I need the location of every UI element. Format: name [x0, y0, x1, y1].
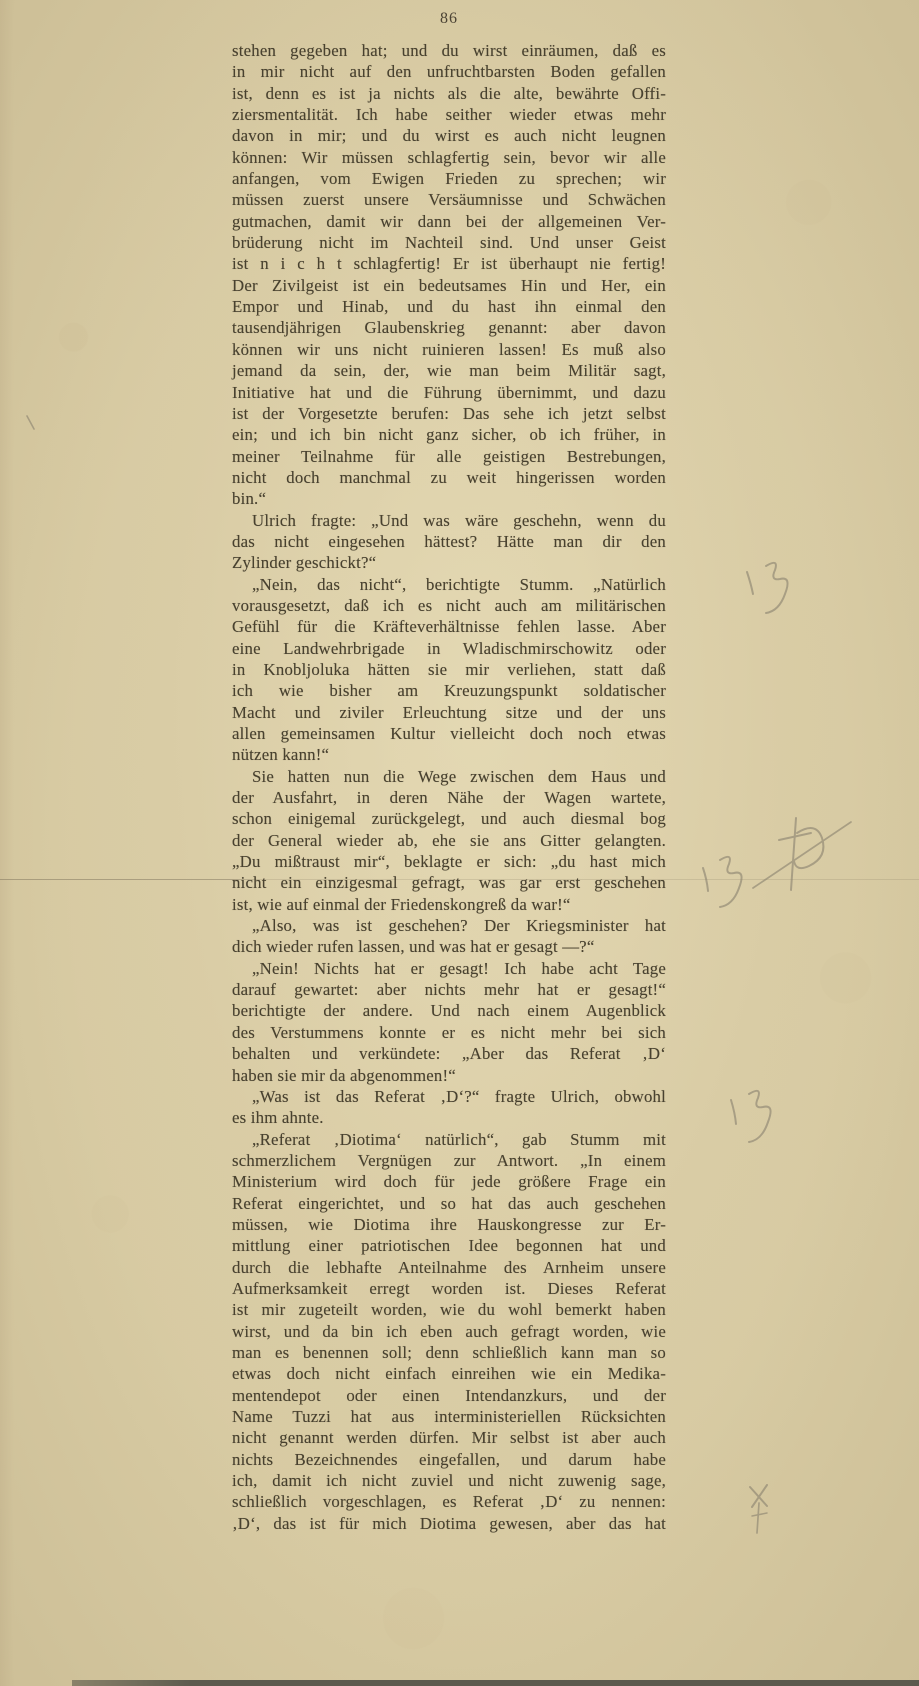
text-line: Macht und ziviler Erleuchtung sitze und … — [232, 702, 666, 723]
text-line: Name Tuzzi hat aus interministeriellen R… — [232, 1406, 666, 1427]
page-number: 86 — [232, 10, 666, 28]
text-line: „Nein, das nicht“, berichtigte Stumm. „N… — [232, 574, 666, 595]
text-line: in mir nicht auf den unfruchtbarsten Bod… — [232, 61, 666, 82]
text-line: gutmachen, damit wir dann bei der allgem… — [232, 211, 666, 232]
text-line: „Also, was ist geschehen? Der Kriegsmini… — [232, 915, 666, 936]
text-line: Empor und Hinab, und du hast ihn einmal … — [232, 296, 666, 317]
text-line: können wir uns nicht ruinieren lassen! E… — [232, 339, 666, 360]
text-line: ich, damit ich nicht zuviel und nicht zu… — [232, 1470, 666, 1491]
text-block: stehen gegeben hat; und du wirst einräum… — [232, 40, 666, 1534]
text-line: „Du mißtraust mir“, beklagte er sich: „d… — [232, 851, 666, 872]
text-line: können: Wir müssen schlagfertig sein, be… — [232, 147, 666, 168]
text-line: etwas doch nicht einfach einreihen wie e… — [232, 1363, 666, 1384]
text-line: mittlung einer patriotischen Idee begonn… — [232, 1235, 666, 1256]
text-line: nicht ein einzigesmal gefragt, was gar e… — [232, 872, 666, 893]
text-line: nicht doch manchmal zu weit hingerissen … — [232, 467, 666, 488]
text-line: es ihm ahnte. — [232, 1107, 666, 1128]
text-line: Der Zivilgeist ist ein bedeutsames Hin u… — [232, 275, 666, 296]
text-line: wirst, und da bin ich eben auch gefragt … — [232, 1321, 666, 1342]
text-line: „Referat ‚Diotima‘ natürlich“, gab Stumm… — [232, 1129, 666, 1150]
text-line: nützen kann!“ — [232, 744, 666, 765]
text-line: tausendjährigen Glaubenskrieg genannt: a… — [232, 317, 666, 338]
text-line: anfangen, vom Ewigen Frieden zu sprechen… — [232, 168, 666, 189]
photo-bottom-edge — [72, 1680, 919, 1686]
text-line: Sie hatten nun die Wege zwischen dem Hau… — [232, 766, 666, 787]
text-line: schon einigemal zurückgelegt, und auch d… — [232, 808, 666, 829]
text-line: in Knobljoluka hätten sie mir verliehen,… — [232, 659, 666, 680]
page-edge-shadow — [0, 0, 14, 1686]
text-line: der General wieder ab, ehe sie ans Gitte… — [232, 830, 666, 851]
text-line: ist n i c h t schlagfertig! Er ist überh… — [232, 253, 666, 274]
text-line: mentendepot oder einen Intendanzkurs, un… — [232, 1385, 666, 1406]
text-line: ‚D‘, das ist für mich Diotima gewesen, a… — [232, 1513, 666, 1534]
text-line: davon in mir; und du wirst es auch nicht… — [232, 125, 666, 146]
text-line: müssen, wie Diotima ihre Hauskongresse z… — [232, 1214, 666, 1235]
text-line: „Was ist das Referat ‚D‘?“ fragte Ulrich… — [232, 1086, 666, 1107]
text-line: der Ausfahrt, in deren Nähe der Wagen wa… — [232, 787, 666, 808]
text-line: dich wieder rufen lassen, und was hat er… — [232, 936, 666, 957]
text-line: Ministerium wird doch für jede größere F… — [232, 1171, 666, 1192]
text-line: stehen gegeben hat; und du wirst einräum… — [232, 40, 666, 61]
text-line: darauf gewartet: aber nichts mehr hat er… — [232, 979, 666, 1000]
text-line: ist, wie auf einmal der Friedenskongreß … — [232, 894, 666, 915]
text-line: „Nein! Nichts hat er gesagt! Ich habe ac… — [232, 958, 666, 979]
text-line: jemand da sein, der, wie man beim Militä… — [232, 360, 666, 381]
text-line: ist der Vorgesetzte berufen: Das sehe ic… — [232, 403, 666, 424]
text-line: schmerzlichem Vergnügen zur Antwort. „In… — [232, 1150, 666, 1171]
text-line: des Verstummens konnte er es nicht mehr … — [232, 1022, 666, 1043]
text-line: Ulrich fragte: „Und was wäre geschehn, w… — [232, 510, 666, 531]
text-line: man es benennen soll; denn schließlich k… — [232, 1342, 666, 1363]
text-line: müssen zuerst unsere Versäumnisse und Sc… — [232, 189, 666, 210]
text-line: vorausgesetzt, daß ich es nicht auch am … — [232, 595, 666, 616]
text-line: meiner Teilnahme für alle geistigen Best… — [232, 446, 666, 467]
text-line: Referat eingerichtet, und so hat das auc… — [232, 1193, 666, 1214]
text-line: ist, denn es ist ja nichts als die alte,… — [232, 83, 666, 104]
text-line: Initiative hat und die Führung übernimmt… — [232, 382, 666, 403]
text-line: Aufmerksamkeit erregt worden ist. Dieses… — [232, 1278, 666, 1299]
text-line: das nicht eingesehen hättest? Hätte man … — [232, 531, 666, 552]
text-line: allen gemeinsamen Kultur vielleicht doch… — [232, 723, 666, 744]
text-line: ziersmentalität. Ich habe seither wieder… — [232, 104, 666, 125]
text-line: nichts Bezeichnendes eingefallen, und da… — [232, 1449, 666, 1470]
text-line: haben sie mir da abgenommen!“ — [232, 1065, 666, 1086]
text-line: nicht genannt werden dürfen. Mir selbst … — [232, 1427, 666, 1448]
text-line: Zylinder geschickt?“ — [232, 552, 666, 573]
text-line: schließlich vorgeschlagen, es Referat ‚D… — [232, 1491, 666, 1512]
text-line: behalten und verkündete: „Aber das Refer… — [232, 1043, 666, 1064]
text-line: Gefühl für die Kräfteverhältnisse fehlen… — [232, 616, 666, 637]
text-line: ein; und ich bin nicht ganz sicher, ob i… — [232, 424, 666, 445]
text-line: bin.“ — [232, 488, 666, 509]
text-line: brüderung nicht im Nachteil sind. Und un… — [232, 232, 666, 253]
text-line: durch die lebhafte Anteilnahme des Arnhe… — [232, 1257, 666, 1278]
text-line: eine Landwehrbrigade in Wladischmirschow… — [232, 638, 666, 659]
text-line: berichtigte der andere. Und nach einem A… — [232, 1000, 666, 1021]
text-line: ich wie bisher am Kreuzungspunkt soldati… — [232, 680, 666, 701]
text-line: ist mir zugeteilt worden, wie du wohl be… — [232, 1299, 666, 1320]
